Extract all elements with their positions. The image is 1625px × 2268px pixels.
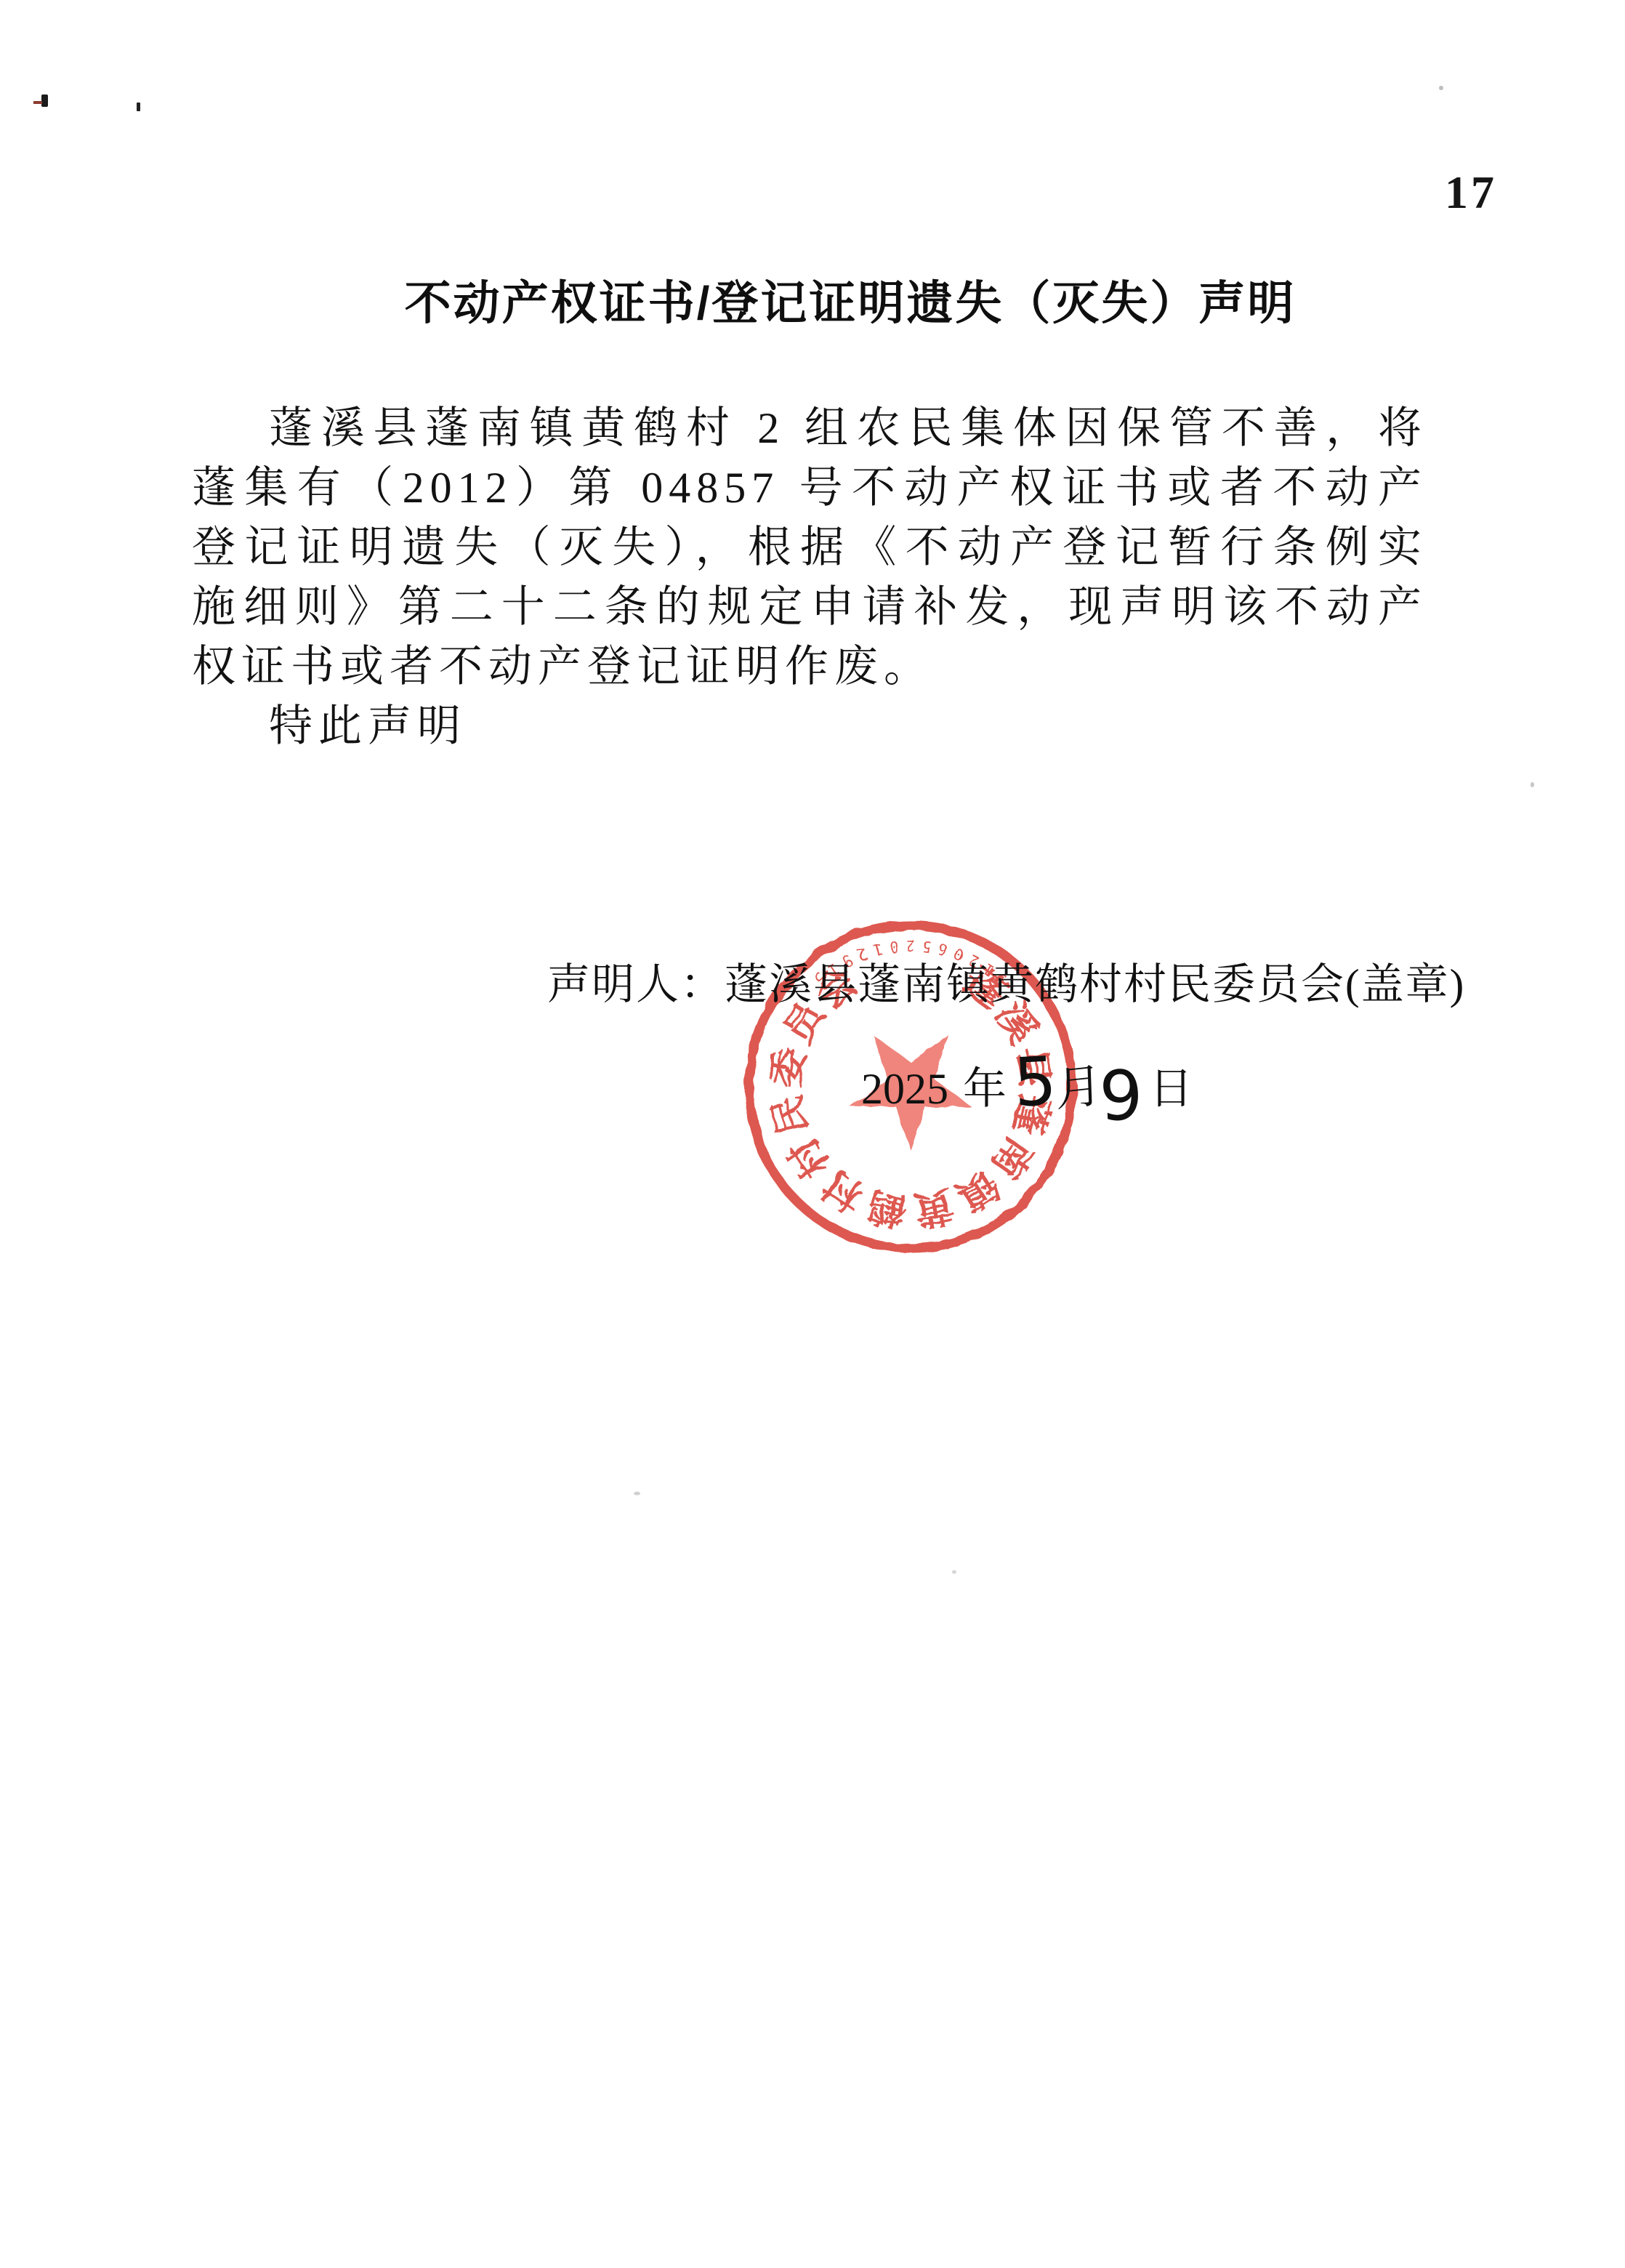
svg-text:委: 委 <box>764 1045 813 1090</box>
scan-speck <box>952 1570 956 1574</box>
scan-speck <box>634 1492 640 1495</box>
date-month-label-handwritten: 月 <box>1054 1048 1102 1120</box>
date-month-value-handwritten: 5 <box>1012 1042 1058 1122</box>
svg-text:2: 2 <box>906 937 916 954</box>
body-line: 蓬集有（2012）第 04857 号不动产权证书或者不动产 <box>192 458 1427 518</box>
date-day-label: 日 <box>1149 1054 1193 1117</box>
svg-text:鹤: 鹤 <box>863 1183 910 1233</box>
date-line: 2025 年 5 月 9 日 <box>861 1041 1193 1128</box>
svg-text:民: 民 <box>765 1090 816 1138</box>
date-day-value-handwritten: 9 <box>1097 1056 1144 1137</box>
body-line: 施细则》第二十二条的规定申请补发，现声明该不动产 <box>192 577 1427 637</box>
body-line: 蓬溪县蓬南镇黄鹤村 2 组农民集体因保管不善，将 <box>192 398 1427 458</box>
svg-text:1: 1 <box>871 940 884 959</box>
page-number: 17 <box>1445 166 1525 220</box>
date-year-label: 年 <box>963 1054 1007 1117</box>
scan-speck <box>1531 782 1534 787</box>
scan-speck <box>137 102 140 111</box>
scan-speck <box>1439 86 1443 90</box>
document-page: 17 不动产权证书/登记证明遗失（灭失）声明 蓬溪县蓬南镇黄鹤村 2 组农民集体… <box>0 0 1625 2268</box>
svg-text:黄: 黄 <box>909 1183 957 1234</box>
document-title: 不动产权证书/登记证明遗失（灭失）声明 <box>38 266 1625 333</box>
scan-speck <box>41 94 48 107</box>
body-line: 登记证明遗失（灭失），根据《不动产登记暂行条例实 <box>192 518 1427 577</box>
body-line: 权证书或者不动产登记证明作废。 <box>192 637 1427 696</box>
body-paragraph: 蓬溪县蓬南镇黄鹤村 2 组农民集体因保管不善，将 蓬集有（2012）第 0485… <box>192 398 1427 756</box>
svg-text:0: 0 <box>889 938 900 956</box>
body-line: 特此声明 <box>192 696 1427 756</box>
svg-text:5: 5 <box>922 938 932 956</box>
date-year: 2025 <box>861 1064 948 1114</box>
scan-speck <box>33 101 42 104</box>
svg-text:6: 6 <box>937 940 950 959</box>
declarant-line: 声明人：蓬溪县蓬南镇黄鹤村村民委员会(盖章) <box>547 958 1465 1010</box>
